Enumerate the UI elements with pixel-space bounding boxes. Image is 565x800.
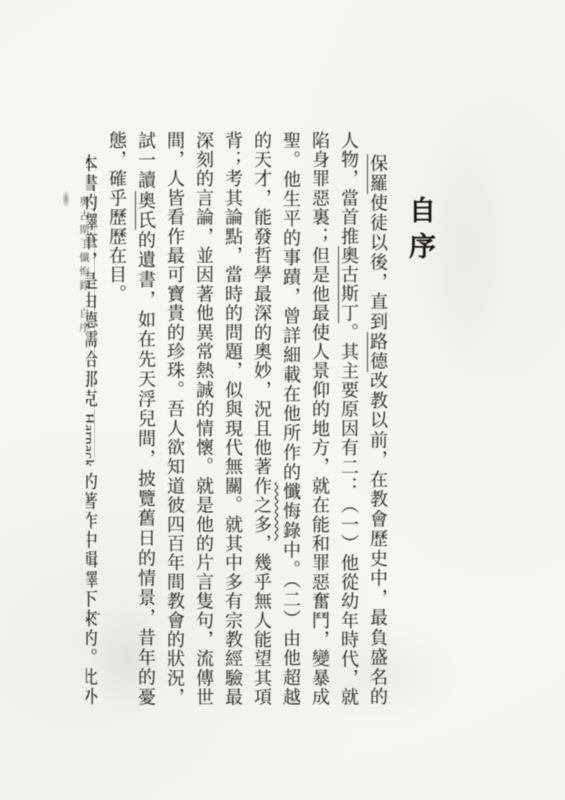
printed-ink-layer: 自序 保羅使徒以後，直到路德改教以前，在教會歷史中，最負盛名的人物，當首推奧古斯… [0, 0, 565, 800]
paragraph: 保羅使徒以後，直到路德改教以前，在教會歷史中，最負盛名的人物，當首推奧古斯丁。其… [102, 131, 392, 707]
latin-word: Harnack [86, 409, 96, 473]
text-run: 使徒以後，直到 [368, 194, 388, 332]
spine-margin-label: 奧古斯丁懺悔錄 自序 [76, 196, 91, 366]
proper-name-marked-text: 路德 [367, 332, 388, 372]
book-title-marked-text: 懺悔錄 [281, 482, 301, 541]
text-run: 中。（二）由他超越的天才，能發哲學最深的奧妙，況且他著作之多，幾乎無人能望其項背… [136, 131, 301, 707]
proper-name-marked-text: 奧氏 [135, 191, 156, 231]
proper-name-marked-text: 保羅 [367, 154, 388, 194]
page-title: 自序 [401, 196, 440, 268]
scanned-book-page: 自序 保羅使徒以後，直到路德改教以前，在教會歷史中，最負盛名的人物，當首推奧古斯… [0, 0, 565, 800]
page-number: 一 [82, 608, 102, 622]
body-text: 保羅使徒以後，直到路德改教以前，在教會歷史中，最負盛名的人物，當首推奧古斯丁。其… [86, 131, 392, 707]
proper-name-marked-text: 奧古斯丁 [338, 246, 359, 323]
